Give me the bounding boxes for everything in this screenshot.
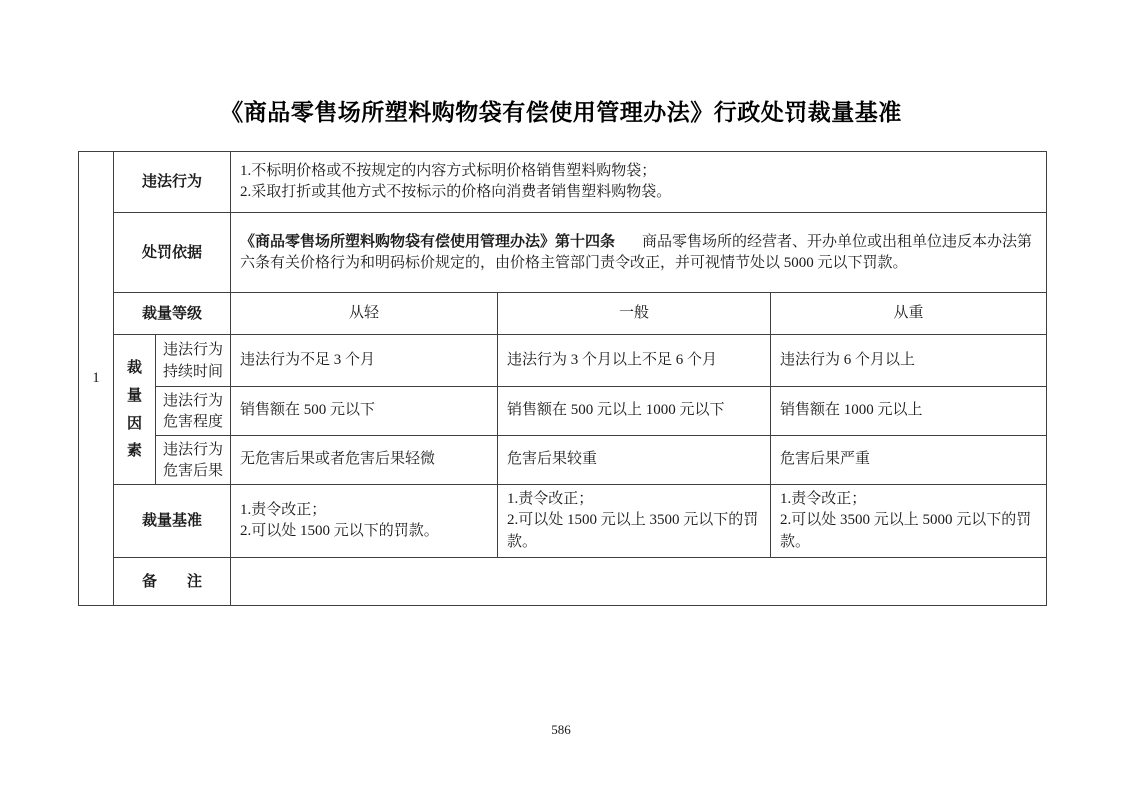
- label-factor-duration: 违法行为持续时间: [156, 335, 231, 387]
- cell-duration-light: 违法行为不足 3 个月: [231, 335, 498, 387]
- table-row: 备 注: [79, 558, 1047, 606]
- cell-harm-result-heavy: 危害后果严重: [771, 436, 1047, 485]
- table-row: 1 违法行为 1.不标明价格或不按规定的内容方式标明价格销售塑料购物袋； 2.采…: [79, 152, 1047, 213]
- table-row: 处罚依据 《商品零售场所塑料购物袋有偿使用管理办法》第十四条商品零售场所的经营者…: [79, 213, 1047, 293]
- table-row: 裁量因素 违法行为持续时间 违法行为不足 3 个月 违法行为 3 个月以上不足 …: [79, 335, 1047, 387]
- row-number: 1: [79, 152, 114, 606]
- penalty-basis-citation: 《商品零售场所塑料购物袋有偿使用管理办法》第十四条: [240, 233, 615, 250]
- document-page: 《商品零售场所塑料购物袋有偿使用管理办法》行政处罚裁量基准 1 违法行为 1.不…: [0, 0, 1122, 793]
- cell-penalty-basis-content: 《商品零售场所塑料购物袋有偿使用管理办法》第十四条商品零售场所的经营者、开办单位…: [231, 213, 1047, 293]
- penalty-discretion-table: 1 违法行为 1.不标明价格或不按规定的内容方式标明价格销售塑料购物袋； 2.采…: [78, 151, 1047, 606]
- level-light: 从轻: [231, 293, 498, 335]
- table-row: 违法行为危害后果 无危害后果或者危害后果轻微 危害后果较重 危害后果严重: [79, 436, 1047, 485]
- label-discretion-level: 裁量等级: [114, 293, 231, 335]
- page-title: 《商品零售场所塑料购物袋有偿使用管理办法》行政处罚裁量基准: [0, 94, 1122, 127]
- cell-duration-general: 违法行为 3 个月以上不足 6 个月: [498, 335, 771, 387]
- label-penalty-basis: 处罚依据: [114, 213, 231, 293]
- label-factor-harm-degree: 违法行为危害程度: [156, 387, 231, 436]
- label-remarks: 备 注: [114, 558, 231, 606]
- label-illegal-act: 违法行为: [114, 152, 231, 213]
- table-row: 裁量基准 1.责令改正； 2.可以处 1500 元以下的罚款。 1.责令改正； …: [79, 485, 1047, 558]
- label-discretion-standard: 裁量基准: [114, 485, 231, 558]
- cell-harm-result-light: 无危害后果或者危害后果轻微: [231, 436, 498, 485]
- cell-standard-light: 1.责令改正； 2.可以处 1500 元以下的罚款。: [231, 485, 498, 558]
- level-heavy: 从重: [771, 293, 1047, 335]
- level-general: 一般: [498, 293, 771, 335]
- label-factor-harm-result: 违法行为危害后果: [156, 436, 231, 485]
- cell-standard-general: 1.责令改正； 2.可以处 1500 元以上 3500 元以下的罚款。: [498, 485, 771, 558]
- cell-harm-degree-general: 销售额在 500 元以上 1000 元以下: [498, 387, 771, 436]
- discretion-factors-text: 裁量因素: [126, 354, 143, 465]
- cell-harm-degree-light: 销售额在 500 元以下: [231, 387, 498, 436]
- cell-remarks-content: [231, 558, 1047, 606]
- label-discretion-factors: 裁量因素: [114, 335, 156, 485]
- cell-illegal-act-content: 1.不标明价格或不按规定的内容方式标明价格销售塑料购物袋； 2.采取打折或其他方…: [231, 152, 1047, 213]
- page-number: 586: [0, 722, 1122, 738]
- cell-duration-heavy: 违法行为 6 个月以上: [771, 335, 1047, 387]
- table-row: 裁量等级 从轻 一般 从重: [79, 293, 1047, 335]
- cell-harm-degree-heavy: 销售额在 1000 元以上: [771, 387, 1047, 436]
- cell-standard-heavy: 1.责令改正； 2.可以处 3500 元以上 5000 元以下的罚款。: [771, 485, 1047, 558]
- cell-harm-result-general: 危害后果较重: [498, 436, 771, 485]
- table-row: 违法行为危害程度 销售额在 500 元以下 销售额在 500 元以上 1000 …: [79, 387, 1047, 436]
